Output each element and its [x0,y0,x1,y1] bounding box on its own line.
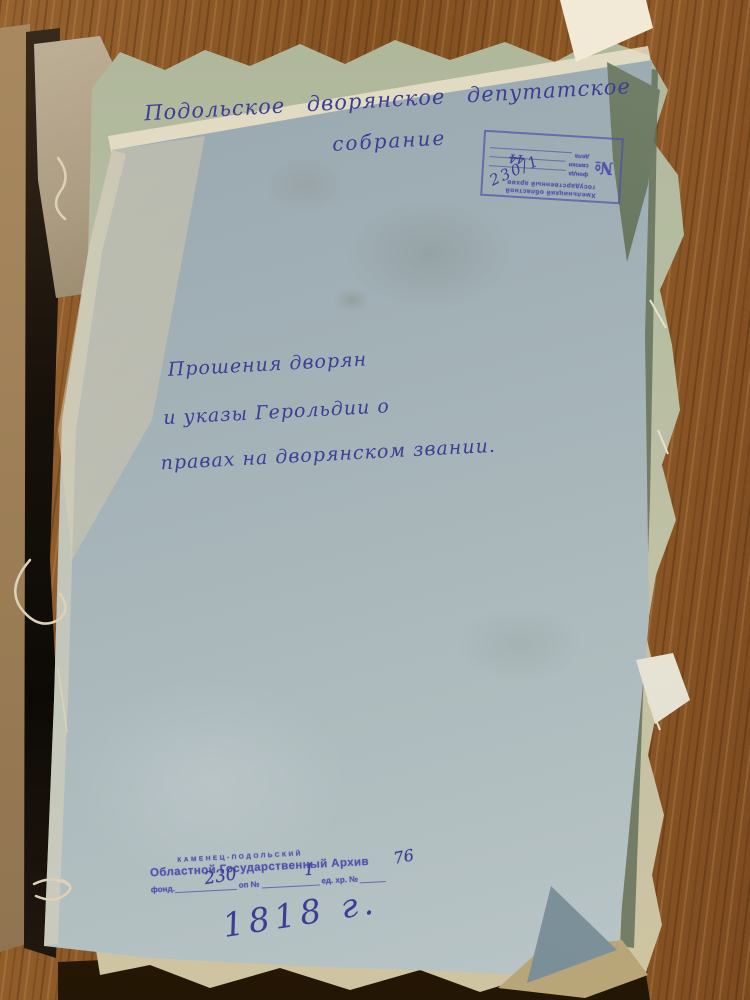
handwritten-op-value: 1 [304,860,315,880]
fond-label: фонд. [151,884,175,894]
handwritten-subject: Прошения дворян и указы Герольдии о прав… [155,341,521,475]
handwritten-ed-value: 76 [392,845,416,868]
ed-label: ед. хр. № [321,875,358,886]
archival-folder-photo: Подольское дворянское депутатское собран… [0,0,750,1000]
subject-line-2: и указы Герольдии о [163,389,519,430]
number-sign: № [594,157,614,178]
op-label: оп № [238,880,259,890]
